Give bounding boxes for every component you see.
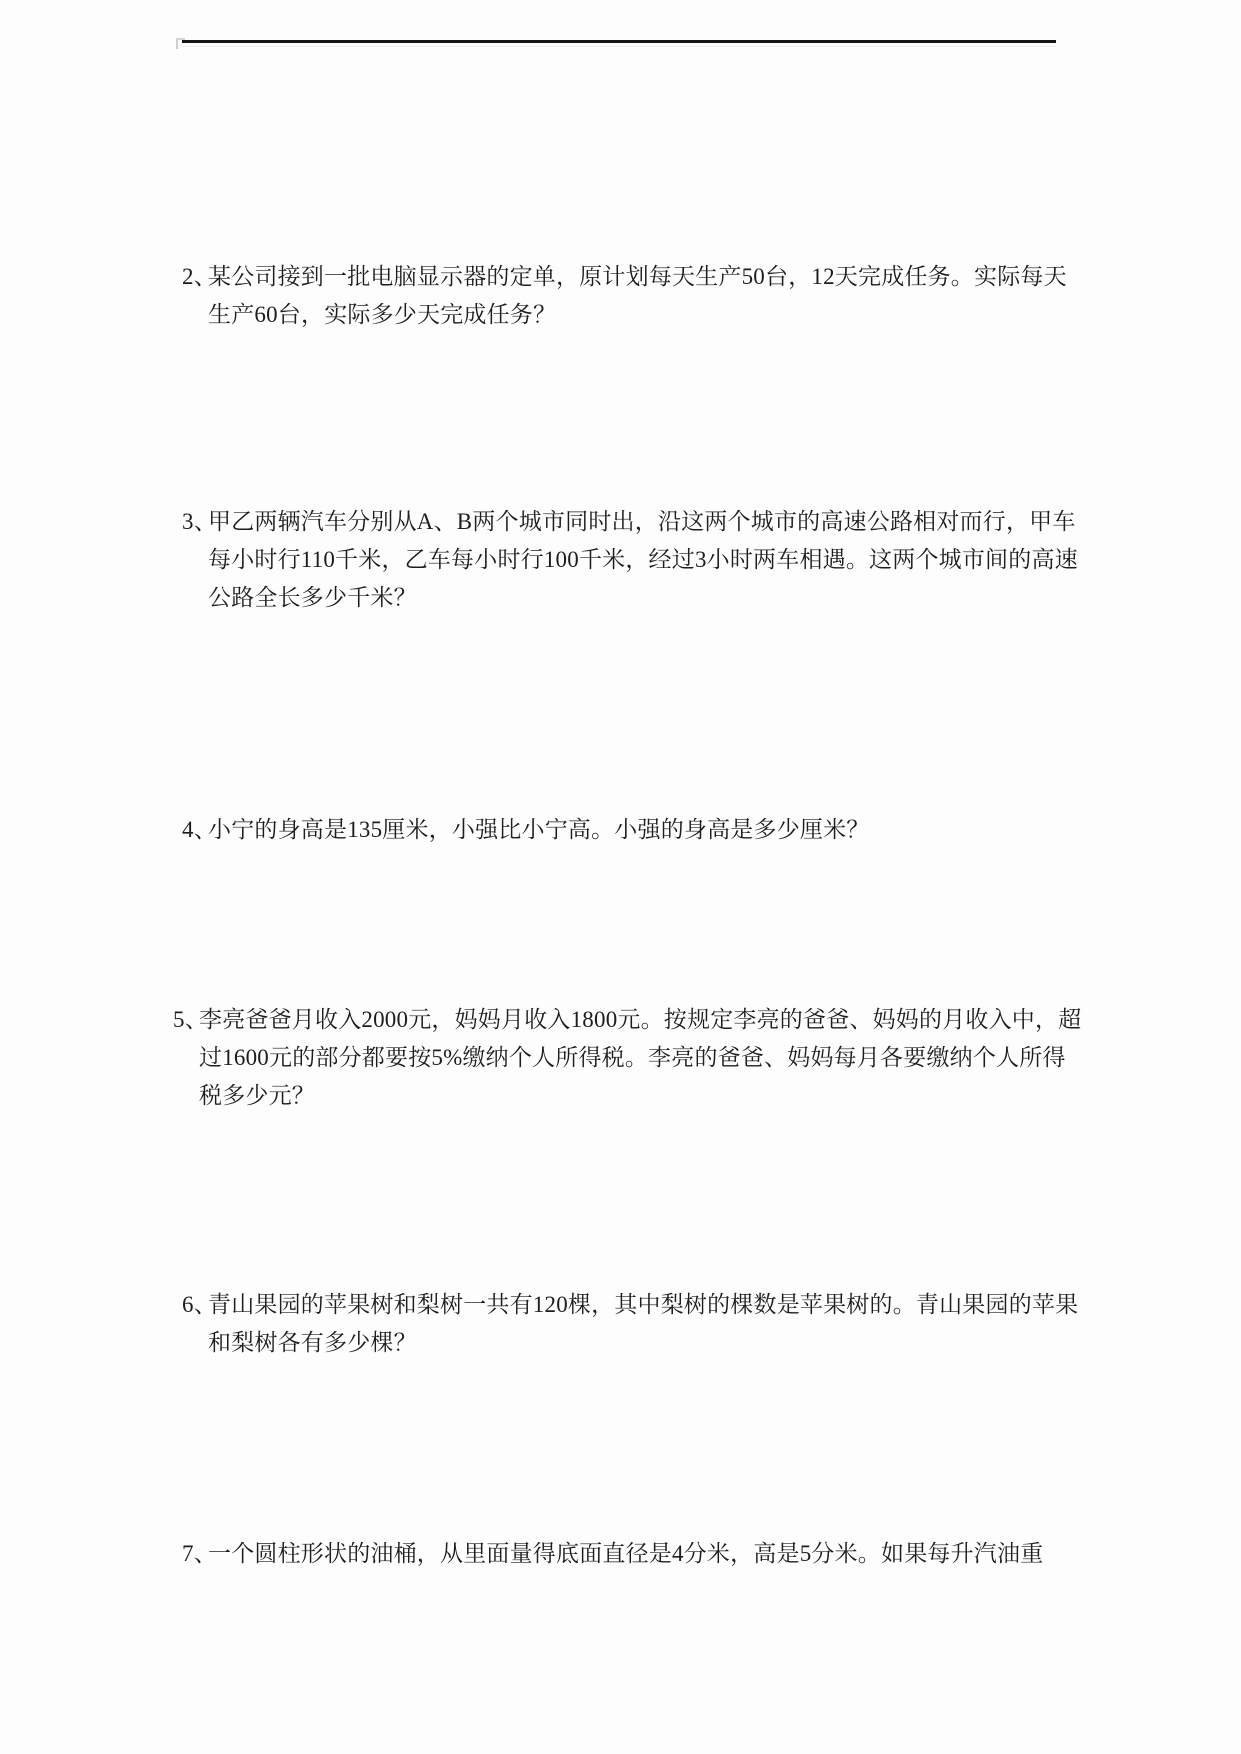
question-4-text: 小宁的身高是135厘米，小强比小宁高。小强的身高是多少厘米？	[208, 817, 870, 842]
question-4-line-1: 4、小宁的身高是135厘米，小强比小宁高。小强的身高是多少厘米？	[182, 811, 870, 849]
scan-artifact-mark	[176, 38, 185, 49]
question-7-number: 7、	[182, 1535, 208, 1573]
question-7: 7、一个圆柱形状的油桶，从里面量得底面直径是4分米，高是5分米。如果每升汽油重	[182, 1535, 1043, 1573]
section-divider-rule	[182, 40, 1056, 43]
question-6-text: 青山果园的苹果树和梨树一共有120棵，其中梨树的棵数是苹果树的。青山果园的苹果	[208, 1292, 1078, 1317]
question-7-text: 一个圆柱形状的油桶，从里面量得底面直径是4分米，高是5分米。如果每升汽油重	[208, 1541, 1043, 1566]
question-5-text: 李亮爸爸月收入2000元，妈妈月收入1800元。按规定李亮的爸爸、妈妈的月收入中…	[199, 1007, 1081, 1032]
question-4-number: 4、	[182, 811, 208, 849]
question-3-number: 3、	[182, 503, 208, 541]
question-3-text: 甲乙两辆汽车分别从A、B两个城市同时出，沿这两个城市的高速公路相对而行，甲车	[208, 509, 1076, 534]
question-4: 4、小宁的身高是135厘米，小强比小宁高。小强的身高是多少厘米？	[182, 811, 870, 849]
question-5-line-1: 5、李亮爸爸月收入2000元，妈妈月收入1800元。按规定李亮的爸爸、妈妈的月收…	[173, 1001, 1081, 1039]
question-6-line-2: 和梨树各有多少棵？	[208, 1324, 1078, 1362]
question-5-line-2: 过1600元的部分都要按5%缴纳个人所得税。李亮的爸爸、妈妈每月各要缴纳个人所得	[199, 1039, 1081, 1077]
question-5-line-3: 税多少元？	[199, 1077, 1081, 1115]
question-3: 3、甲乙两辆汽车分别从A、B两个城市同时出，沿这两个城市的高速公路相对而行，甲车…	[182, 503, 1078, 617]
question-6: 6、青山果园的苹果树和梨树一共有120棵，其中梨树的棵数是苹果树的。青山果园的苹…	[182, 1286, 1078, 1362]
question-2-line-2: 生产60台，实际多少天完成任务？	[208, 296, 1067, 334]
question-7-line-1: 7、一个圆柱形状的油桶，从里面量得底面直径是4分米，高是5分米。如果每升汽油重	[182, 1535, 1043, 1573]
question-3-line-3: 公路全长多少千米？	[208, 579, 1078, 617]
question-6-line-1: 6、青山果园的苹果树和梨树一共有120棵，其中梨树的棵数是苹果树的。青山果园的苹…	[182, 1286, 1078, 1324]
question-6-number: 6、	[182, 1286, 208, 1324]
question-5: 5、李亮爸爸月收入2000元，妈妈月收入1800元。按规定李亮的爸爸、妈妈的月收…	[173, 1001, 1081, 1115]
question-5-number: 5、	[173, 1001, 199, 1039]
question-2: 2、某公司接到一批电脑显示器的定单，原计划每天生产50台，12天完成任务。实际每…	[182, 258, 1067, 334]
question-3-line-2: 每小时行110千米，乙车每小时行100千米，经过3小时两车相遇。这两个城市间的高…	[208, 541, 1078, 579]
question-2-number: 2、	[182, 258, 208, 296]
section-divider-scan-shadow	[182, 46, 1056, 47]
question-2-line-1: 2、某公司接到一批电脑显示器的定单，原计划每天生产50台，12天完成任务。实际每…	[182, 258, 1067, 296]
question-3-line-1: 3、甲乙两辆汽车分别从A、B两个城市同时出，沿这两个城市的高速公路相对而行，甲车	[182, 503, 1078, 541]
question-2-text: 某公司接到一批电脑显示器的定单，原计划每天生产50台，12天完成任务。实际每天	[208, 264, 1067, 289]
worksheet-page: 2、某公司接到一批电脑显示器的定单，原计划每天生产50台，12天完成任务。实际每…	[0, 0, 1241, 1754]
